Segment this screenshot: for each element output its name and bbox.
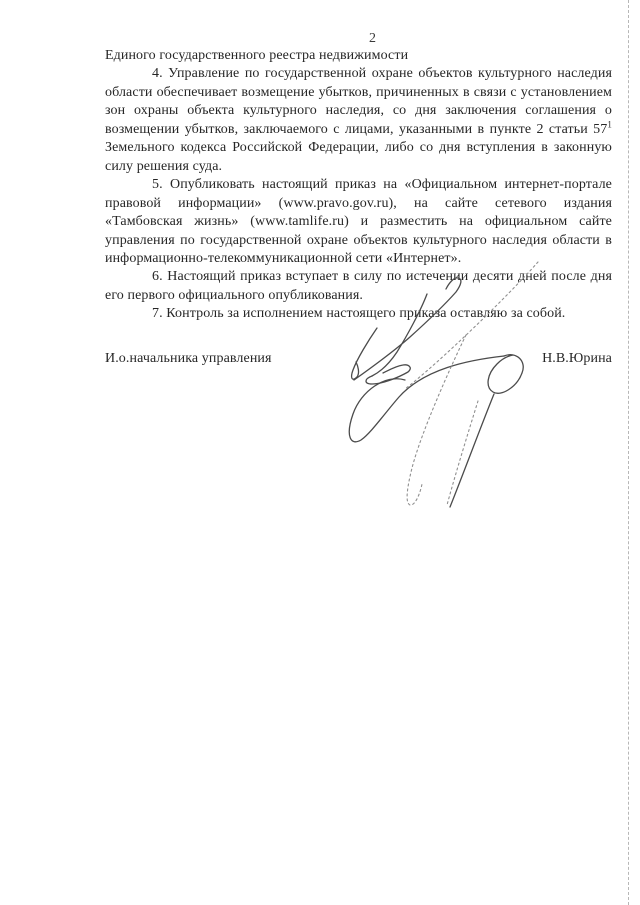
paragraph-4-text-before-superscript: 4. Управление по государственной охране … (105, 66, 612, 136)
handwritten-signature-scribble (308, 256, 543, 541)
scan-artifact-dashed-line (628, 0, 629, 905)
paragraph-4-superscript: 1 (607, 119, 612, 129)
document-page: 2 Единого государственного реестра недви… (0, 0, 640, 905)
signature-stroke-descending-arm (372, 294, 427, 376)
signature-stroke-light-short-descender (447, 401, 478, 505)
signature-stroke-right-loop (488, 355, 523, 394)
signature-stroke-long-descender (450, 394, 494, 507)
paragraph-4: 4. Управление по государственной охране … (105, 65, 612, 176)
paragraph-4-text-after-superscript: Земельного кодекса Российской Федерации,… (105, 140, 612, 173)
page-number: 2 (369, 31, 376, 47)
signature-stroke-spike (352, 328, 377, 379)
paragraph-5: 5. Опубликовать настоящий приказ на «Офи… (105, 176, 612, 268)
signature-stroke-light-descender-hook (407, 335, 466, 505)
paragraph-continuation: Единого государственного реестра недвижи… (105, 47, 612, 65)
signer-name: Н.В.Юрина (542, 351, 612, 367)
signature-stroke-small-loop (366, 365, 410, 384)
signature-stroke-light-diagonal (405, 262, 538, 389)
signer-position-title: И.о.начальника управления (105, 351, 272, 367)
